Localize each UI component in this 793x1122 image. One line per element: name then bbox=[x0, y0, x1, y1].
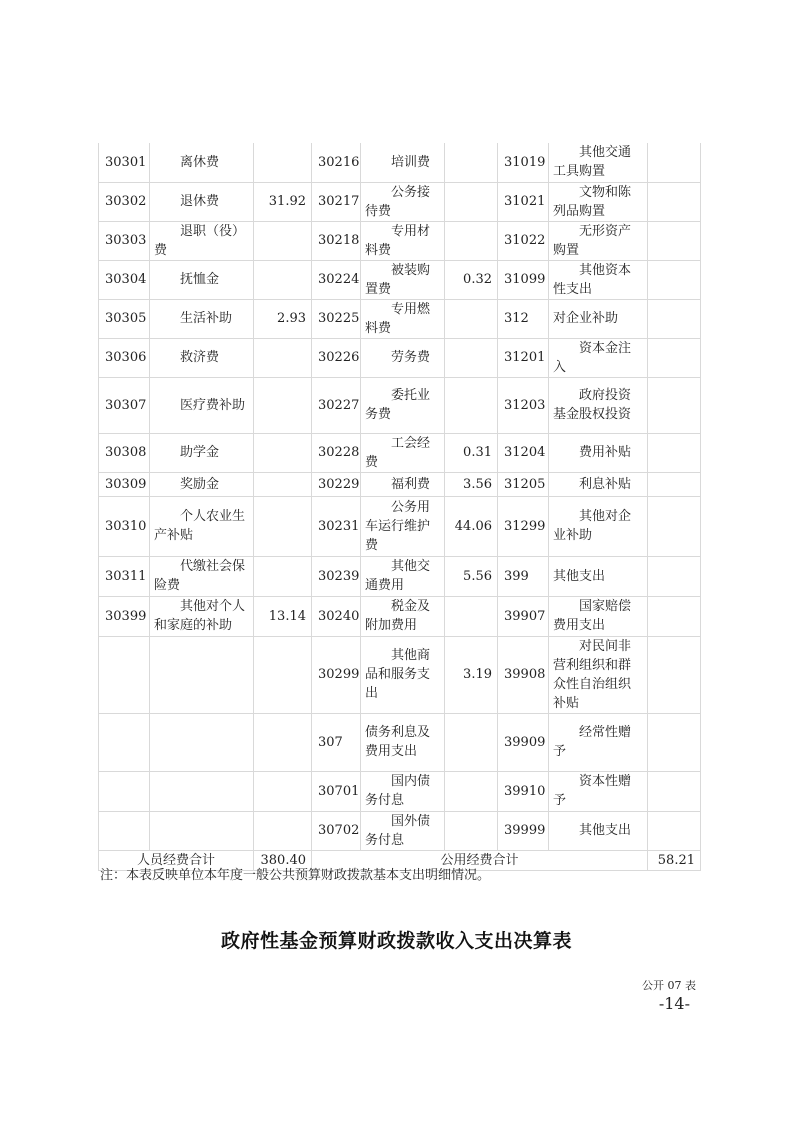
personnel-code: 30309 bbox=[99, 472, 150, 496]
personnel-item bbox=[150, 713, 254, 771]
personnel-item: 助学金 bbox=[150, 433, 254, 472]
personnel-amount bbox=[254, 338, 312, 377]
capital-code: 31019 bbox=[498, 143, 549, 182]
personnel-amount bbox=[254, 260, 312, 299]
capital-amount bbox=[648, 338, 701, 377]
table-row: 30310个人农业生产补贴30231公务用车运行维护费44.0631299其他对… bbox=[99, 496, 701, 556]
public-amount bbox=[445, 143, 498, 182]
capital-amount bbox=[648, 811, 701, 850]
capital-code: 399 bbox=[498, 556, 549, 596]
table-row: 30302退休费31.9230217公务接待费31021文物和陈列品购置 bbox=[99, 182, 701, 221]
public-code: 30702 bbox=[312, 811, 361, 850]
personnel-amount: 13.14 bbox=[254, 596, 312, 636]
capital-item: 对企业补助 bbox=[549, 299, 648, 338]
public-code: 30216 bbox=[312, 143, 361, 182]
personnel-item: 个人农业生产补贴 bbox=[150, 496, 254, 556]
personnel-code: 30307 bbox=[99, 377, 150, 433]
public-total-value: 58.21 bbox=[648, 850, 701, 870]
table-row: 30701国内债务付息39910资本性赠予 bbox=[99, 771, 701, 811]
public-code: 307 bbox=[312, 713, 361, 771]
personnel-item: 抚恤金 bbox=[150, 260, 254, 299]
section-title: 政府性基金预算财政拨款收入支出决算表 bbox=[0, 926, 793, 953]
public-code: 30239 bbox=[312, 556, 361, 596]
personnel-code bbox=[99, 811, 150, 850]
public-amount: 0.32 bbox=[445, 260, 498, 299]
public-amount bbox=[445, 713, 498, 771]
capital-item: 对民间非营利组织和群众性自治组织补贴 bbox=[549, 636, 648, 713]
capital-amount bbox=[648, 556, 701, 596]
table-row: 30306救济费30226劳务费31201资本金注入 bbox=[99, 338, 701, 377]
personnel-code: 30303 bbox=[99, 221, 150, 260]
capital-amount bbox=[648, 299, 701, 338]
personnel-amount bbox=[254, 556, 312, 596]
capital-item: 其他资本性支出 bbox=[549, 260, 648, 299]
personnel-amount bbox=[254, 433, 312, 472]
personnel-item: 退休费 bbox=[150, 182, 254, 221]
capital-code: 31099 bbox=[498, 260, 549, 299]
public-amount bbox=[445, 299, 498, 338]
public-code: 30299 bbox=[312, 636, 361, 713]
capital-code: 31201 bbox=[498, 338, 549, 377]
capital-code: 39909 bbox=[498, 713, 549, 771]
capital-amount bbox=[648, 771, 701, 811]
public-amount: 44.06 bbox=[445, 496, 498, 556]
table-body: 30301离休费30216培训费31019其他交通工具购置30302退休费31.… bbox=[99, 143, 701, 850]
public-item: 委托业务费 bbox=[361, 377, 445, 433]
table-row: 30309奖励金30229福利费3.5631205利息补贴 bbox=[99, 472, 701, 496]
capital-amount bbox=[648, 472, 701, 496]
personnel-amount bbox=[254, 811, 312, 850]
public-item: 其他商品和服务支出 bbox=[361, 636, 445, 713]
public-amount bbox=[445, 811, 498, 850]
table-row: 30307医疗费补助30227委托业务费31203政府投资基金股权投资 bbox=[99, 377, 701, 433]
public-item: 公务用车运行维护费 bbox=[361, 496, 445, 556]
table-row: 307债务利息及费用支出39909经常性赠予 bbox=[99, 713, 701, 771]
table-row: 30399其他对个人和家庭的补助13.1430240税金及附加费用39907国家… bbox=[99, 596, 701, 636]
personnel-code: 30311 bbox=[99, 556, 150, 596]
personnel-code bbox=[99, 636, 150, 713]
personnel-item bbox=[150, 771, 254, 811]
capital-item: 其他交通工具购置 bbox=[549, 143, 648, 182]
capital-code: 31203 bbox=[498, 377, 549, 433]
capital-item: 资本金注入 bbox=[549, 338, 648, 377]
page-number: -14- bbox=[659, 994, 690, 1013]
public-amount: 3.56 bbox=[445, 472, 498, 496]
public-code: 30218 bbox=[312, 221, 361, 260]
public-code: 30224 bbox=[312, 260, 361, 299]
personnel-code: 30306 bbox=[99, 338, 150, 377]
personnel-item bbox=[150, 636, 254, 713]
personnel-code: 30304 bbox=[99, 260, 150, 299]
capital-code: 31299 bbox=[498, 496, 549, 556]
capital-amount bbox=[648, 182, 701, 221]
capital-amount bbox=[648, 433, 701, 472]
personnel-item bbox=[150, 811, 254, 850]
public-amount bbox=[445, 221, 498, 260]
capital-item: 国家赔偿费用支出 bbox=[549, 596, 648, 636]
capital-item: 文物和陈列品购置 bbox=[549, 182, 648, 221]
capital-item: 其他支出 bbox=[549, 556, 648, 596]
capital-item: 经常性赠予 bbox=[549, 713, 648, 771]
personnel-amount bbox=[254, 713, 312, 771]
personnel-amount: 2.93 bbox=[254, 299, 312, 338]
public-amount bbox=[445, 377, 498, 433]
personnel-item: 离休费 bbox=[150, 143, 254, 182]
capital-code: 31021 bbox=[498, 182, 549, 221]
personnel-item: 救济费 bbox=[150, 338, 254, 377]
personnel-amount bbox=[254, 496, 312, 556]
capital-amount bbox=[648, 221, 701, 260]
capital-code: 312 bbox=[498, 299, 549, 338]
capital-amount bbox=[648, 377, 701, 433]
public-code: 30701 bbox=[312, 771, 361, 811]
public-item: 国外债务付息 bbox=[361, 811, 445, 850]
public-code: 30227 bbox=[312, 377, 361, 433]
personnel-amount bbox=[254, 472, 312, 496]
capital-item: 政府投资基金股权投资 bbox=[549, 377, 648, 433]
personnel-code: 30399 bbox=[99, 596, 150, 636]
personnel-item: 医疗费补助 bbox=[150, 377, 254, 433]
public-code: 30231 bbox=[312, 496, 361, 556]
table-row: 30304抚恤金30224被装购置费0.3231099其他资本性支出 bbox=[99, 260, 701, 299]
public-item: 债务利息及费用支出 bbox=[361, 713, 445, 771]
personnel-code: 30305 bbox=[99, 299, 150, 338]
personnel-code: 30308 bbox=[99, 433, 150, 472]
table-row: 30702国外债务付息39999其他支出 bbox=[99, 811, 701, 850]
capital-code: 31205 bbox=[498, 472, 549, 496]
public-item: 培训费 bbox=[361, 143, 445, 182]
public-item: 专用材料费 bbox=[361, 221, 445, 260]
public-amount bbox=[445, 338, 498, 377]
public-amount: 0.31 bbox=[445, 433, 498, 472]
personnel-item: 生活补助 bbox=[150, 299, 254, 338]
capital-amount bbox=[648, 260, 701, 299]
public-code: 30217 bbox=[312, 182, 361, 221]
public-item: 劳务费 bbox=[361, 338, 445, 377]
public-code: 30228 bbox=[312, 433, 361, 472]
public-item: 税金及附加费用 bbox=[361, 596, 445, 636]
personnel-code bbox=[99, 771, 150, 811]
public-item: 工会经费 bbox=[361, 433, 445, 472]
public-amount bbox=[445, 596, 498, 636]
personnel-code: 30302 bbox=[99, 182, 150, 221]
public-item: 其他交通费用 bbox=[361, 556, 445, 596]
public-item: 福利费 bbox=[361, 472, 445, 496]
capital-item: 其他对企业补助 bbox=[549, 496, 648, 556]
public-amount bbox=[445, 771, 498, 811]
personnel-code: 30301 bbox=[99, 143, 150, 182]
personnel-code: 30310 bbox=[99, 496, 150, 556]
table-row: 30311代缴社会保险费30239其他交通费用5.56399其他支出 bbox=[99, 556, 701, 596]
personnel-item: 退职（役）费 bbox=[150, 221, 254, 260]
public-code: 30225 bbox=[312, 299, 361, 338]
personnel-code bbox=[99, 713, 150, 771]
personnel-amount bbox=[254, 377, 312, 433]
capital-amount bbox=[648, 636, 701, 713]
basic-expenditure-detail-table: 30301离休费30216培训费31019其他交通工具购置30302退休费31.… bbox=[98, 143, 701, 871]
public-code: 30229 bbox=[312, 472, 361, 496]
capital-item: 其他支出 bbox=[549, 811, 648, 850]
capital-item: 利息补贴 bbox=[549, 472, 648, 496]
capital-code: 39908 bbox=[498, 636, 549, 713]
capital-amount bbox=[648, 596, 701, 636]
table-row: 30301离休费30216培训费31019其他交通工具购置 bbox=[99, 143, 701, 182]
public-item: 被装购置费 bbox=[361, 260, 445, 299]
public-code: 30226 bbox=[312, 338, 361, 377]
public-item: 国内债务付息 bbox=[361, 771, 445, 811]
table-note: 注：本表反映单位本年度一般公共预算财政拨款基本支出明细情况。 bbox=[100, 864, 490, 883]
capital-code: 39910 bbox=[498, 771, 549, 811]
table-row: 30303退职（役）费30218专用材料费31022无形资产购置 bbox=[99, 221, 701, 260]
capital-code: 31022 bbox=[498, 221, 549, 260]
capital-amount bbox=[648, 496, 701, 556]
capital-item: 无形资产购置 bbox=[549, 221, 648, 260]
table-row: 30305生活补助2.9330225专用燃料费312对企业补助 bbox=[99, 299, 701, 338]
personnel-item: 奖励金 bbox=[150, 472, 254, 496]
capital-amount bbox=[648, 713, 701, 771]
public-code: 30240 bbox=[312, 596, 361, 636]
personnel-item: 其他对个人和家庭的补助 bbox=[150, 596, 254, 636]
personnel-amount bbox=[254, 143, 312, 182]
capital-amount bbox=[648, 143, 701, 182]
table-row: 30308助学金30228工会经费0.3131204费用补贴 bbox=[99, 433, 701, 472]
personnel-amount bbox=[254, 221, 312, 260]
public-item: 公务接待费 bbox=[361, 182, 445, 221]
capital-code: 39999 bbox=[498, 811, 549, 850]
public-item: 专用燃料费 bbox=[361, 299, 445, 338]
table-number: 公开 07 表 bbox=[642, 977, 696, 993]
public-amount: 3.19 bbox=[445, 636, 498, 713]
personnel-item: 代缴社会保险费 bbox=[150, 556, 254, 596]
capital-item: 资本性赠予 bbox=[549, 771, 648, 811]
public-amount: 5.56 bbox=[445, 556, 498, 596]
table-row: 30299其他商品和服务支出3.1939908对民间非营利组织和群众性自治组织补… bbox=[99, 636, 701, 713]
personnel-amount bbox=[254, 771, 312, 811]
public-amount bbox=[445, 182, 498, 221]
capital-item: 费用补贴 bbox=[549, 433, 648, 472]
personnel-amount: 31.92 bbox=[254, 182, 312, 221]
personnel-amount bbox=[254, 636, 312, 713]
capital-code: 31204 bbox=[498, 433, 549, 472]
capital-code: 39907 bbox=[498, 596, 549, 636]
